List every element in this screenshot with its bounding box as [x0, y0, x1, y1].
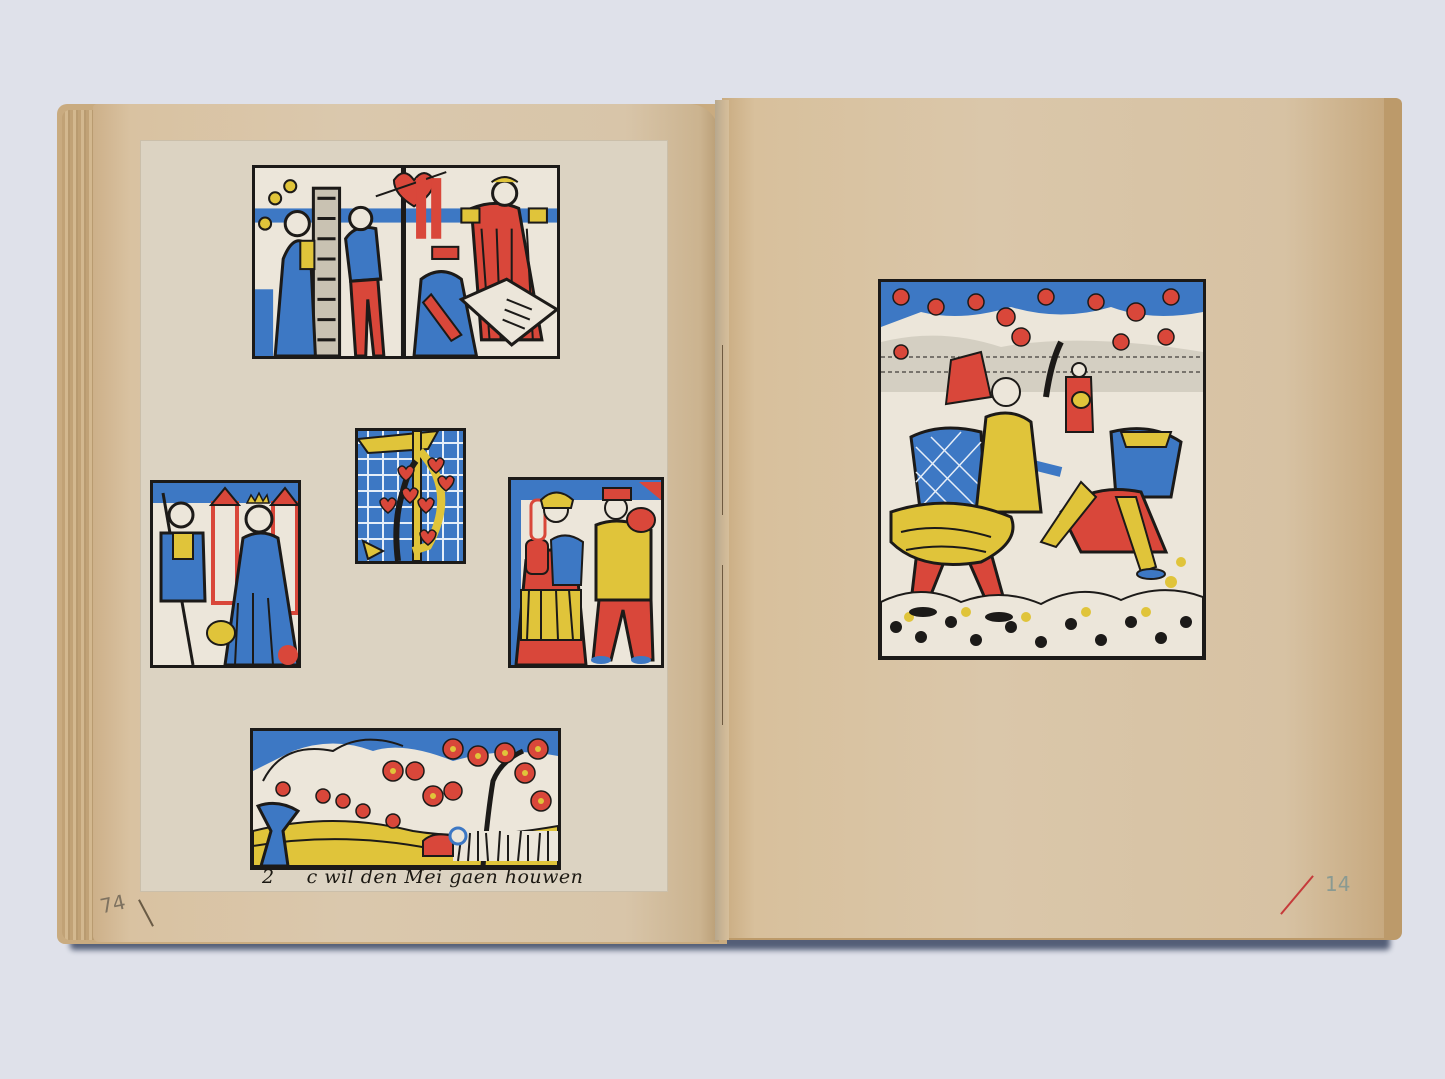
binding-thread	[722, 565, 723, 725]
woodcut-may-dance	[878, 279, 1206, 660]
book-photo: 2c wil den Mei gaen houwen 74	[0, 0, 1445, 1079]
woodcut-shepherd-princess	[150, 480, 301, 668]
woodcut-jug-bearers	[508, 477, 664, 668]
caption-text: c wil den Mei gaen houwen	[307, 866, 584, 888]
caption-number: 2	[262, 866, 275, 888]
binding-thread	[722, 345, 723, 515]
book-gutter	[715, 100, 729, 940]
pencil-mark-right: 14	[1325, 872, 1350, 896]
left-page-edges	[62, 110, 96, 940]
woodcut-lovers-scholar	[252, 165, 560, 359]
woodcut-initial-heart-tree	[355, 428, 466, 564]
plate-caption: 2c wil den Mei gaen houwen	[262, 866, 583, 888]
woodcut-may-blossom-banner	[250, 728, 561, 870]
